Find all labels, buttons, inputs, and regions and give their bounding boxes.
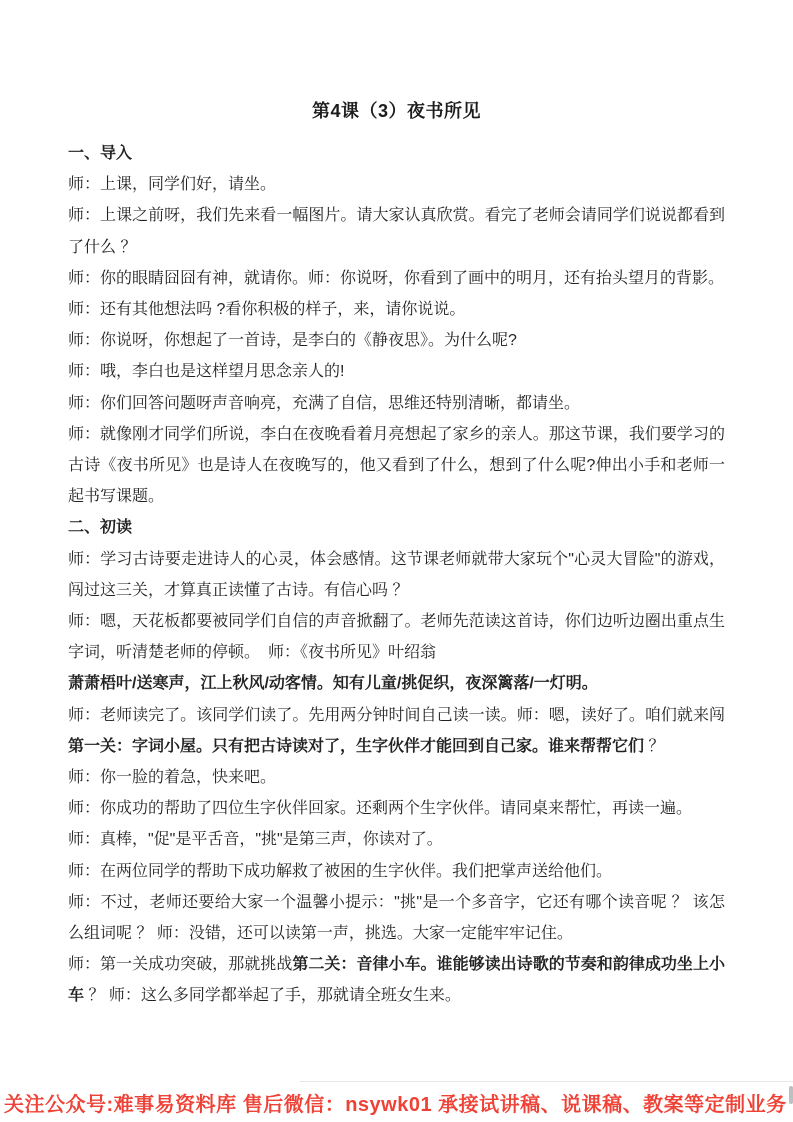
paragraph: 师：就像刚才同学们所说，李白在夜晚看着月亮想起了家乡的亲人。那这节课，我们要学习…	[68, 419, 725, 513]
text-run: 师：你成功的帮助了四位生字伙伴回家。还剩两个生字伙伴。请同桌来帮忙，再读一遍。	[68, 800, 692, 817]
paragraph: 师：第一关成功突破，那就挑战第二关：音律小车。谁能够读出诗歌的节奏和韵律成功坐上…	[68, 949, 725, 1011]
text-run: 师：还有其他想法吗 ?看你积极的样子，来，请你说说。	[68, 301, 465, 318]
text-run: 师：就像刚才同学们所说，李白在夜晚看着月亮想起了家乡的亲人。那这节课，我们要学习…	[68, 426, 725, 505]
text-run: 师：嗯，天花板都要被同学们自信的声音掀翻了。老师先范读这首诗，你们边听边圈出重点…	[68, 613, 725, 661]
paragraph: 师：真棒，"促"是平舌音，"挑"是第三声，你读对了。	[68, 824, 725, 855]
paragraph: 师：嗯，天花板都要被同学们自信的声音掀翻了。老师先范读这首诗，你们边听边圈出重点…	[68, 606, 725, 668]
paragraph: 师：学习古诗要走进诗人的心灵，体会感情。这节课老师就带大家玩个"心灵大冒险"的游…	[68, 544, 725, 606]
section-heading: 二、初读	[68, 512, 725, 543]
document-body: 一、导入师：上课，同学们好，请坐。师：上课之前呀，我们先来看一幅图片。请大家认真…	[68, 138, 725, 1012]
paragraph: 师：在两位同学的帮助下成功解救了被困的生字伙伴。我们把掌声送给他们。	[68, 856, 725, 887]
document-page: 第4课（3）夜书所见 一、导入师：上课，同学们好，请坐。师：上课之前呀，我们先来…	[0, 0, 793, 1122]
text-run: 师：哦，李白也是这样望月思念亲人的!	[68, 363, 344, 380]
text-run: 师：学习古诗要走进诗人的心灵，体会感情。这节课老师就带大家玩个"心灵大冒险"的游…	[68, 551, 725, 599]
paragraph: 师：老师读完了。该同学们读了。先用两分钟时间自己读一读。师：嗯，读好了。咱们就来…	[68, 700, 725, 762]
document-title: 第4课（3）夜书所见	[0, 97, 793, 123]
text-run: 二、初读	[68, 519, 132, 536]
text-run: 师：第一关成功突破，那就挑战	[68, 956, 292, 973]
paragraph: 师：哦，李白也是这样望月思念亲人的!	[68, 356, 725, 387]
text-run: 第一关：字词小屋。只有把古诗读对了，生字伙伴才能回到自己家。谁来帮帮它们	[68, 738, 644, 755]
text-run: ？	[644, 738, 664, 755]
text-run: ？ 师：这么多同学都举起了手，那就请全班女生来。	[84, 987, 461, 1004]
text-run: 师：你们回答问题呀声音响亮，充满了自信，思维还特别清晰，都请坐。	[68, 395, 580, 412]
section-heading: 一、导入	[68, 138, 725, 169]
paragraph: 师：你的眼睛囧囧有神，就请你。师：你说呀，你看到了画中的明月，还有抬头望月的背影…	[68, 263, 725, 294]
paragraph: 师：你成功的帮助了四位生字伙伴回家。还剩两个生字伙伴。请同桌来帮忙，再读一遍。	[68, 793, 725, 824]
text-run: 师：在两位同学的帮助下成功解救了被困的生字伙伴。我们把掌声送给他们。	[68, 863, 612, 880]
text-run: 师：老师读完了。该同学们读了。先用两分钟时间自己读一读。师：嗯，读好了。咱们就来…	[68, 707, 725, 724]
text-run: 师：不过，老师还要给大家一个温馨小提示："挑"是一个多音字，它还有哪个读音呢 ？…	[68, 894, 725, 942]
text-run: 一、导入	[68, 145, 132, 162]
paragraph: 师：上课，同学们好，请坐。	[68, 169, 725, 200]
footer-divider	[300, 1081, 793, 1082]
paragraph: 师：上课之前呀，我们先来看一幅图片。请大家认真欣赏。看完了老师会请同学们说说都看…	[68, 200, 725, 262]
paragraph: 萧萧梧叶/送寒声，江上秋风/动客情。知有儿童/挑促织，夜深篱落/一灯明。	[68, 668, 725, 699]
paragraph: 师：你们回答问题呀声音响亮，充满了自信，思维还特别清晰，都请坐。	[68, 388, 725, 419]
paragraph: 师：不过，老师还要给大家一个温馨小提示："挑"是一个多音字，它还有哪个读音呢 ？…	[68, 887, 725, 949]
paragraph: 师：你一脸的着急，快来吧。	[68, 762, 725, 793]
text-run: 师：你的眼睛囧囧有神，就请你。师：你说呀，你看到了画中的明月，还有抬头望月的背影…	[68, 270, 724, 287]
text-run: 萧萧梧叶/送寒声，江上秋风/动客情。知有儿童/挑促织，夜深篱落/一灯明。	[68, 675, 598, 692]
text-run: 师：真棒，"促"是平舌音，"挑"是第三声，你读对了。	[68, 831, 443, 848]
text-run: 师：你说呀，你想起了一首诗，是李白的《静夜思》。为什么呢?	[68, 332, 517, 349]
promo-footer-text: 关注公众号:难事易资料库 售后微信：nsywk01 承接试讲稿、说课稿、教案等定…	[4, 1088, 793, 1117]
text-run: 师：上课之前呀，我们先来看一幅图片。请大家认真欣赏。看完了老师会请同学们说说都看…	[68, 207, 725, 255]
paragraph: 师：你说呀，你想起了一首诗，是李白的《静夜思》。为什么呢?	[68, 325, 725, 356]
text-run: 师：你一脸的着急，快来吧。	[68, 769, 276, 786]
paragraph: 师：还有其他想法吗 ?看你积极的样子，来，请你说说。	[68, 294, 725, 325]
text-run: 师：上课，同学们好，请坐。	[68, 176, 276, 193]
